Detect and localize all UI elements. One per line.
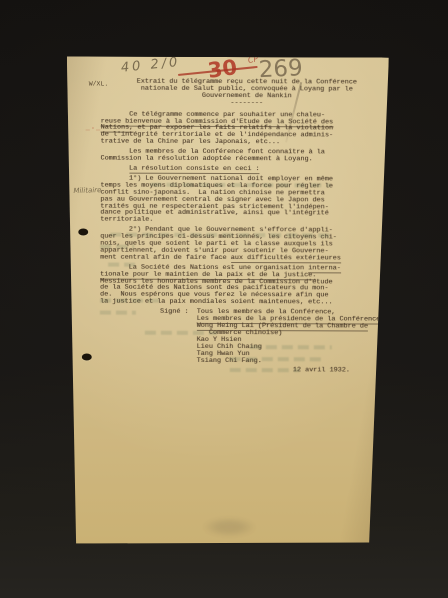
typed-line: trative de la Chine par les Japonais, et… (101, 139, 367, 147)
bleedthrough-line (250, 345, 332, 349)
document-body: Extrait du télégramme reçu cette nuit de… (100, 79, 367, 378)
typed-line: territoriale. (100, 217, 366, 225)
bleedthrough-line (230, 357, 322, 361)
bleedthrough-line (145, 331, 217, 335)
red-margin-mark: _._ (86, 123, 102, 131)
document-sheet: W/XL. 40 2/0 30 CP 269 _._ Militaire Ext… (65, 56, 389, 544)
photo-of-document: { "annotations": { "ref_code": "W/XL.", … (0, 0, 448, 598)
heading: Extrait du télégramme reçu cette nuit de… (131, 79, 363, 107)
punch-hole-top (78, 228, 88, 235)
paragraph-resolution-intro: Les membres de la Conférence font connaî… (100, 149, 366, 164)
bleedthrough-line (100, 299, 162, 303)
date-line: 12 avril 1932. (293, 368, 366, 375)
bleedthrough-line (230, 368, 300, 372)
red-initials: CP (247, 54, 259, 65)
punch-hole-bottom (82, 353, 92, 360)
typed-line: -------- (131, 99, 363, 107)
margin-note-militaire: Militaire (73, 186, 101, 195)
line-resolution: La résolution consiste en ceci : (100, 166, 366, 174)
typed-line: 12 avril 1932. (293, 368, 366, 375)
bleedthrough-line (108, 263, 140, 267)
bleedthrough-line (100, 311, 136, 315)
pencil-smudge (202, 517, 256, 537)
typed-line: ment central afin de faire face aux diff… (100, 254, 366, 262)
paragraph-welcome: Ce télégramme commence par souhaiter une… (101, 111, 367, 146)
bleedthrough-line (150, 183, 330, 187)
pencil-scribble: 40 2/0 (120, 55, 181, 76)
bleedthrough-line (100, 245, 134, 249)
typed-line: Commission la résolution adoptée récemme… (100, 156, 366, 164)
typed-line: La résolution consiste en ceci : (100, 166, 366, 174)
